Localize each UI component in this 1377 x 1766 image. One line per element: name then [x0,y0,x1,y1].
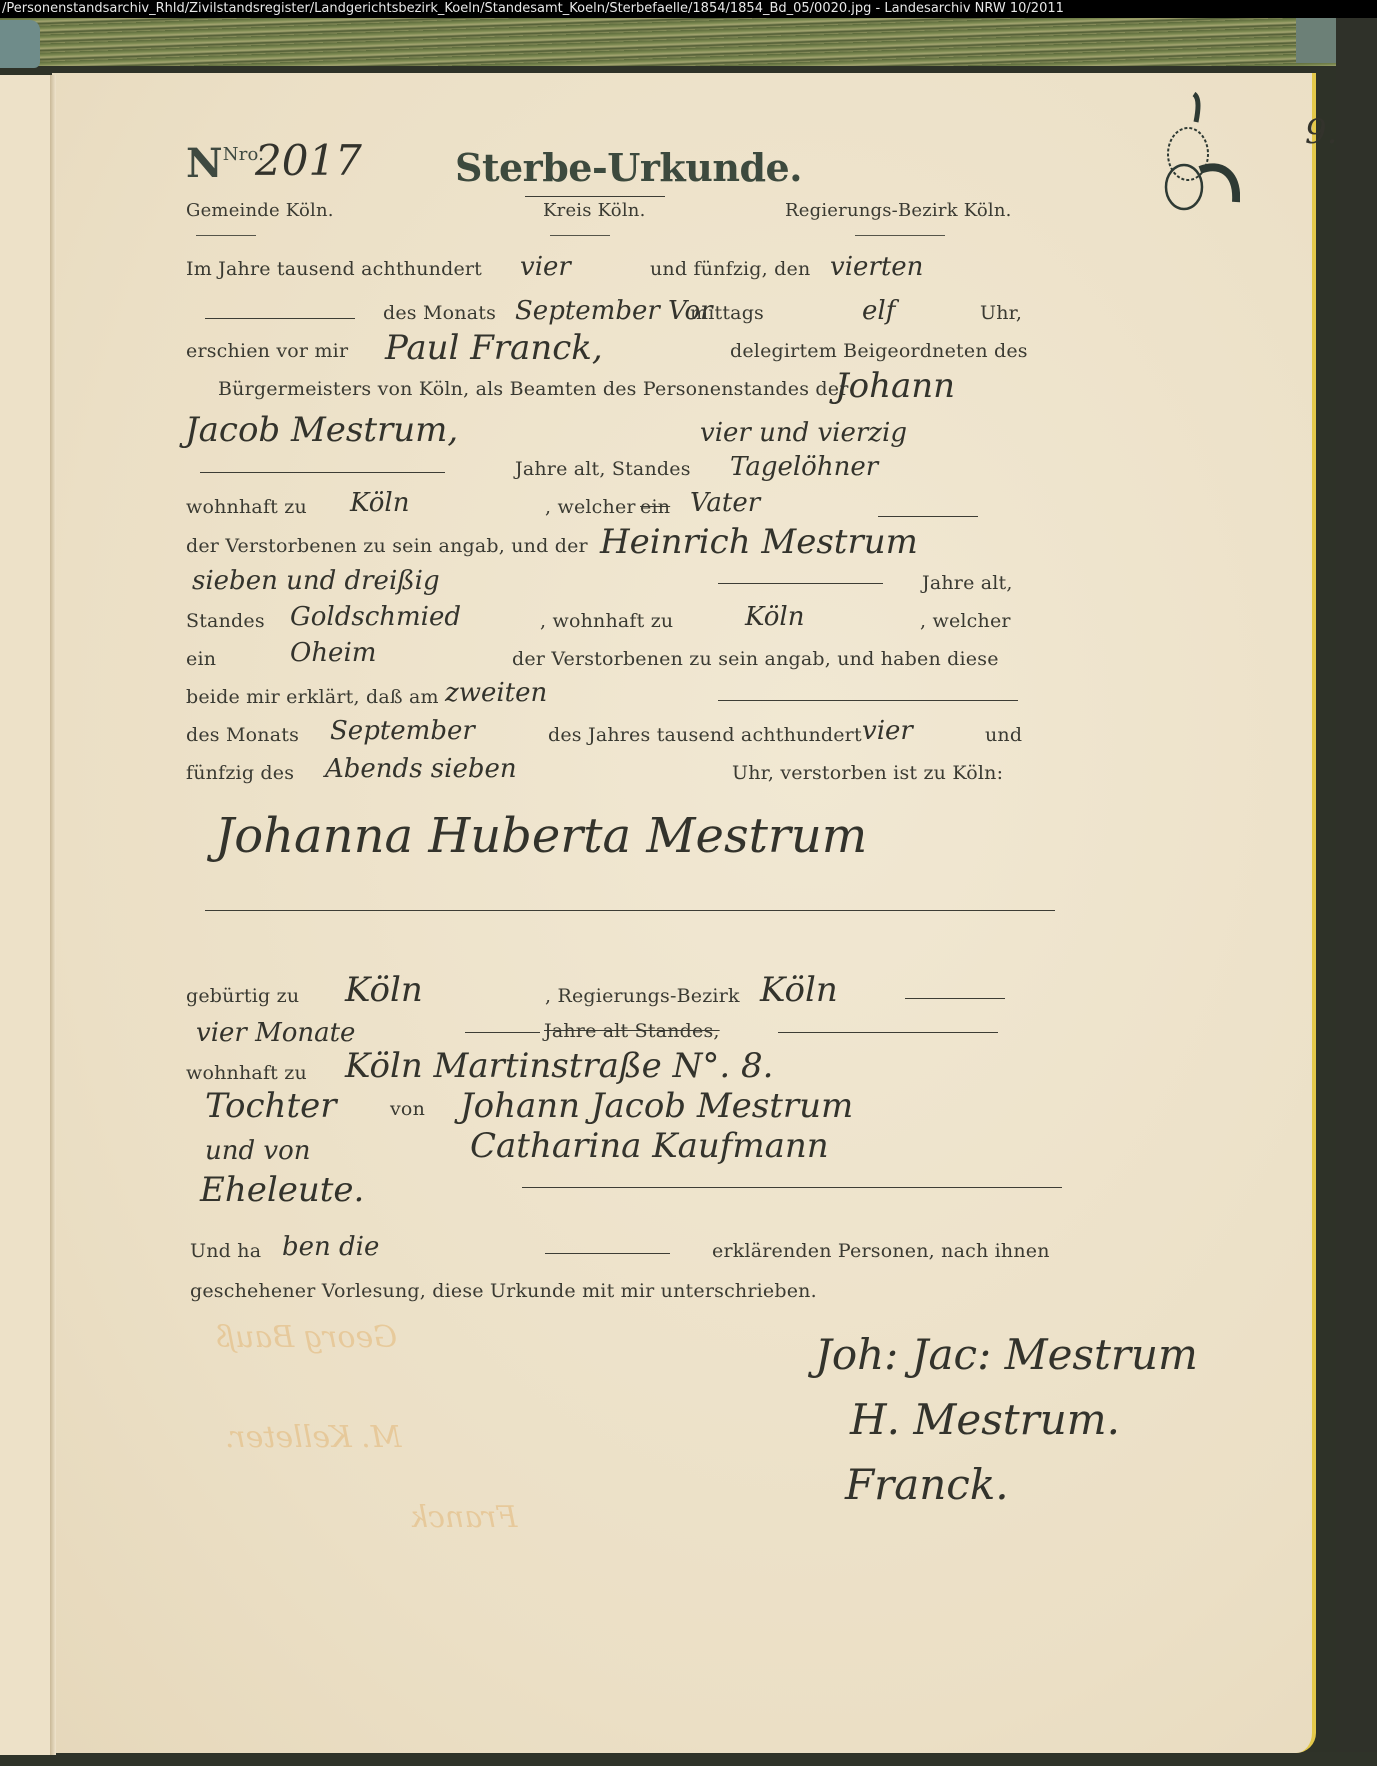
divider [550,235,610,236]
printed-text: delegirtem Beigeordneten des [730,340,1028,362]
printed-text: erklärenden Personen, nach ihnen [712,1240,1050,1262]
printed-text: fünfzig des [186,762,294,784]
deceased-name: Johanna Huberta Mestrum [215,808,867,864]
printed-text: Uhr, [980,302,1022,324]
printed-text: von [390,1098,425,1120]
printed-text: Jahre alt, Standes [515,458,691,480]
handwritten-and-of: und von [205,1136,311,1166]
struck-text: Jahre alt Standes, [544,1020,720,1042]
fill-line [878,516,978,517]
handwritten-declarant2-relation: Oheim [290,638,376,668]
fill-line [200,472,445,473]
handwritten-declarant2-occupation: Goldschmied [290,602,461,632]
printed-text: des Monats [186,724,299,746]
kreis-label: Kreis Köln. [543,200,646,221]
printed-text: ein [186,648,216,670]
handwritten-deceased-age: vier Monate [196,1018,355,1048]
printed-text: Jahre alt, [922,572,1013,594]
handwritten-death-month: September [330,716,475,746]
fill-line [718,700,1018,701]
acorn-stamp-icon [1160,92,1240,212]
bleed-through-text: Franck [410,1500,517,1535]
handwritten-death-year: vier [862,716,913,746]
printed-text: Standes [186,610,265,632]
handwritten-year: vier [520,252,571,282]
printed-text: beide mir erklärt, daß am [186,686,439,708]
handwritten-birthplace: Köln [345,970,423,1010]
handwritten-official-name: Paul Franck, [385,328,603,368]
handwritten-declarant1-first: Johann [835,366,955,406]
certificate-number: 2017 [255,136,362,185]
fill-line [205,318,355,319]
printed-text: der Verstorbenen zu sein angab, und habe… [512,648,999,670]
handwritten-declarant2-age: sieben und dreißig [192,566,440,596]
divider [196,235,256,236]
handwritten-declarant2-name: Heinrich Mestrum [600,522,918,562]
handwritten-have-the: ben die [282,1232,379,1262]
handwritten-declarant1-occupation: Tagelöhner [730,452,878,482]
printed-text: und fünfzig, den [650,258,810,280]
printed-text: Und ha [190,1240,261,1262]
fill-line [718,583,883,584]
bleed-through-text: Georg Bauß [215,1320,397,1355]
handwritten-death-time: Abends sieben [325,754,517,784]
bleed-through-text: M. Kelleter. [225,1420,401,1455]
printed-text: der Verstorbenen zu sein angab, und der [186,535,588,557]
fill-line [522,1187,1062,1188]
printed-text: , wohnhaft zu [540,610,673,632]
handwritten-deceased-residence: Köln Martinstraße N°. 8. [345,1046,773,1086]
handwritten-death-day: zweiten [445,678,547,708]
name-underline [205,910,1055,911]
printed-text: des Monats [383,302,496,324]
signature-official: Franck. [845,1460,1009,1509]
signature-declarant1: Joh: Jac: Mestrum [815,1330,1198,1379]
handwritten-relation-daughter: Tochter [205,1086,336,1126]
title-underline [525,196,665,197]
gemeinde-label: Gemeinde Köln. [186,200,334,221]
printed-text: gebürtig zu [186,985,299,1007]
handwritten-birth-district: Köln [760,970,838,1010]
page-number: 9. [1305,112,1337,152]
certificate-number-label: NNro. [186,140,264,187]
divider [855,235,945,236]
printed-text: , welcher [920,610,1011,632]
handwritten-declarant1-age: vier und vierzig [700,418,907,448]
printed-text: wohnhaft zu [186,496,307,518]
fill-line [545,1253,670,1254]
fill-line [778,1032,998,1033]
handwritten-month: September Vor [515,296,713,326]
printed-text: wohnhaft zu [186,1062,307,1084]
handwritten-father-name: Johann Jacob Mestrum [460,1086,853,1126]
signature-declarant2: H. Mestrum. [850,1395,1120,1444]
document-title: Sterbe-Urkunde. [455,145,802,190]
handwritten-hour: elf [862,296,895,326]
printed-text: mittags [690,302,764,324]
printed-text: , Regierungs-Bezirk [545,985,740,1007]
printed-text: Uhr, verstorben ist zu Köln: [732,762,1003,784]
struck-text: ein [640,496,670,518]
handwritten-spouses: Eheleute. [200,1170,364,1210]
handwritten-day: vierten [830,252,923,282]
fill-line [905,998,1005,999]
printed-text: und [985,724,1022,746]
file-path-title: /Personenstandsarchiv_Rhld/Zivilstandsre… [2,1,1064,16]
handwritten-relation: Vater [690,488,760,518]
handwritten-declarant2-residence: Köln [745,602,804,632]
handwritten-mother-name: Catharina Kaufmann [470,1126,829,1166]
printed-text: erschien vor mir [186,340,348,362]
regierungsbezirk-label: Regierungs-Bezirk Köln. [785,200,1012,221]
fill-line [465,1032,540,1033]
printed-text: Bürgermeisters von Köln, als Beamten des… [218,378,848,400]
handwritten-residence: Köln [350,488,409,518]
printed-text: Im Jahre tausend achthundert [186,258,482,280]
printed-text: geschehener Vorlesung, diese Urkunde mit… [190,1280,817,1302]
viewer-title-bar: /Personenstandsarchiv_Rhld/Zivilstandsre… [0,0,1377,18]
handwritten-declarant1-name: Jacob Mestrum, [185,410,458,450]
certificate-content: Georg Bauß M. Kelleter. Franck 9. NNro. … [0,0,1377,1766]
printed-text: , welcher [545,496,636,518]
printed-text: des Jahres tausend achthundert [548,724,862,746]
